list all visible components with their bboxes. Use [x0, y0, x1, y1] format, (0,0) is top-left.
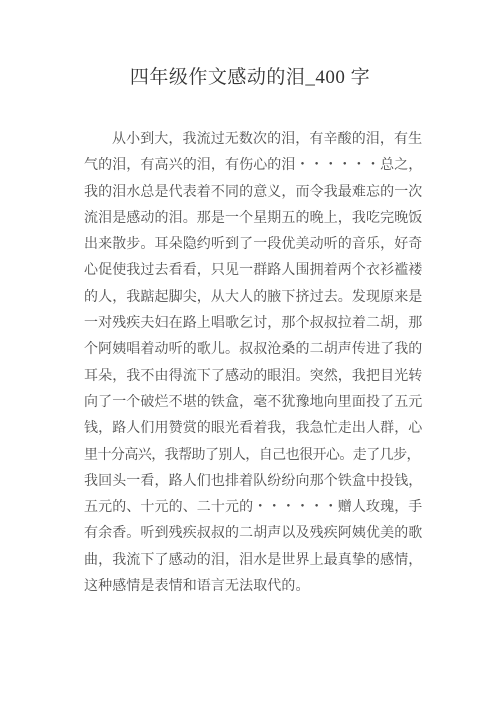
- essay-line: 我的泪水总是代表着不同的意义，而令我最难忘的一次: [84, 180, 420, 206]
- essay-line: 向了一个破烂不堪的铁盒，毫不犹豫地向里面投了五元: [84, 390, 420, 416]
- essay-line: 气的泪，有高兴的泪，有伤心的泪・・・・・・总之，: [84, 153, 420, 179]
- essay-line: 心促使我过去看看，只见一群路人围拥着两个衣衫褴褛: [84, 258, 420, 284]
- essay-line: 曲，我流下了感动的泪，泪水是世界上最真挚的感情，: [84, 548, 420, 574]
- page-title: 四年级作文感动的泪_400 字: [0, 62, 500, 89]
- essay-line: 个阿姨唱着动听的歌儿。叔叔沧桑的二胡声传进了我的: [84, 337, 420, 363]
- essay-line: 这种感情是表情和语言无法取代的。: [84, 574, 420, 600]
- essay-line: 从小到大，我流过无数次的泪，有辛酸的泪，有生: [84, 127, 420, 153]
- essay-line: 有余香。听到残疾叔叔的二胡声以及残疾阿姨优美的歌: [84, 521, 420, 547]
- essay-line: 出来散步。耳朵隐约听到了一段优美动听的音乐，好奇: [84, 232, 420, 258]
- essay-line: 的人，我踮起脚尖，从大人的腋下挤过去。发现原来是: [84, 285, 420, 311]
- essay-line: 钱，路人们用赞赏的眼光看着我，我急忙走出人群，心: [84, 416, 420, 442]
- essay-line: 里十分高兴，我帮助了别人，自己也很开心。走了几步，: [84, 443, 420, 469]
- document-page: 四年级作文感动的泪_400 字 从小到大，我流过无数次的泪，有辛酸的泪，有生 气…: [0, 0, 500, 708]
- essay-line: 流泪是感动的泪。那是一个星期五的晚上，我吃完晚饭: [84, 206, 420, 232]
- essay-line: 五元的、十元的、二十元的・・・・・・赠人玫瑰，手: [84, 495, 420, 521]
- essay-body: 从小到大，我流过无数次的泪，有辛酸的泪，有生 气的泪，有高兴的泪，有伤心的泪・・…: [84, 127, 420, 600]
- essay-line: 一对残疾夫妇在路上唱歌乞讨，那个叔叔拉着二胡，那: [84, 311, 420, 337]
- essay-line: 耳朵，我不由得流下了感动的眼泪。突然，我把目光转: [84, 364, 420, 390]
- essay-line: 我回头一看，路人们也排着队纷纷向那个铁盒中投钱，: [84, 469, 420, 495]
